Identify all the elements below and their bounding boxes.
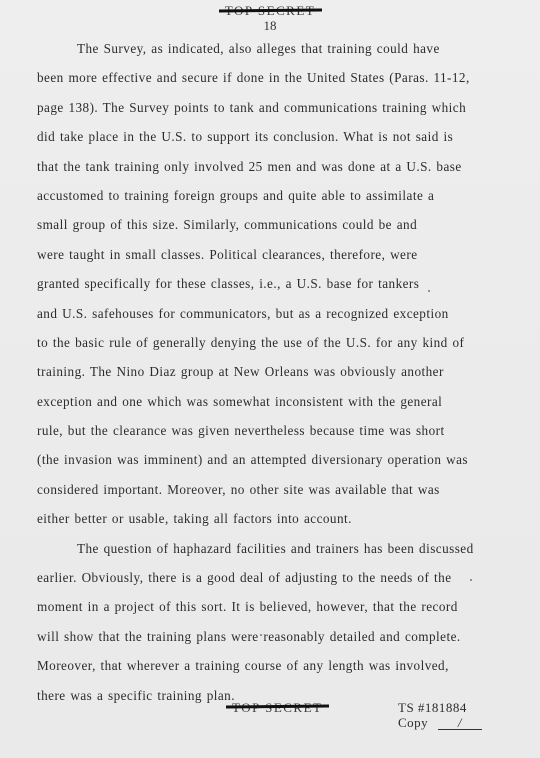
text-line: that the tank training only involved 25 … — [37, 154, 507, 183]
text-line: accustomed to training foreign groups an… — [37, 183, 507, 212]
document-body: The Survey, as indicated, also alleges t… — [37, 36, 507, 712]
text-line: small group of this size. Similarly, com… — [37, 212, 507, 241]
text-line: were taught in small classes. Political … — [37, 242, 507, 271]
scan-speck — [428, 290, 430, 292]
text-line: earlier. Obviously, there is a good deal… — [37, 565, 507, 594]
text-line: granted specifically for these classes, … — [37, 271, 507, 300]
struck-classification-header: TOP SECRET — [225, 4, 316, 18]
text-line: considered important. Moreover, no other… — [37, 477, 507, 506]
text-line: and U.S. safehouses for communicators, b… — [37, 301, 507, 330]
scan-speck — [112, 664, 114, 666]
text-line: Moreover, that wherever a training cours… — [37, 653, 507, 682]
text-line: The Survey, as indicated, also alleges t… — [37, 36, 507, 65]
text-line: The question of haphazard facilities and… — [37, 536, 507, 565]
classification-footer: TOP SECRET — [232, 700, 323, 716]
copy-number-field: / — [438, 716, 482, 730]
page-number: 18 — [0, 18, 540, 34]
text-line: will show that the training plans were r… — [37, 624, 507, 653]
text-line: moment in a project of this sort. It is … — [37, 594, 507, 623]
text-line: been more effective and secure if done i… — [37, 65, 507, 94]
classification-header: TOP SECRET — [0, 4, 540, 18]
document-page: TOP SECRET 18 The Survey, as indicated, … — [0, 0, 540, 758]
struck-classification-footer: TOP SECRET — [232, 700, 323, 716]
document-footer: TOP SECRET TS #181884 Copy / — [0, 700, 540, 740]
text-line: exception and one which was somewhat inc… — [37, 389, 507, 418]
copy-number-line: Copy / — [398, 715, 482, 731]
ts-control-number: TS #181884 — [398, 700, 467, 716]
text-line: did take place in the U.S. to support it… — [37, 124, 507, 153]
text-line: training. The Nino Diaz group at New Orl… — [37, 359, 507, 388]
text-line: either better or usable, taking all fact… — [37, 506, 507, 535]
text-line: to the basic rule of generally denying t… — [37, 330, 507, 359]
copy-label: Copy — [398, 715, 428, 730]
text-line: page 138). The Survey points to tank and… — [37, 95, 507, 124]
paragraph-1: The Survey, as indicated, also alleges t… — [37, 36, 507, 536]
paragraph-2: The question of haphazard facilities and… — [37, 536, 507, 712]
text-line: rule, but the clearance was given nevert… — [37, 418, 507, 447]
text-line: (the invasion was imminent) and an attem… — [37, 447, 507, 476]
scan-speck — [470, 579, 472, 581]
scan-speck — [260, 634, 262, 636]
